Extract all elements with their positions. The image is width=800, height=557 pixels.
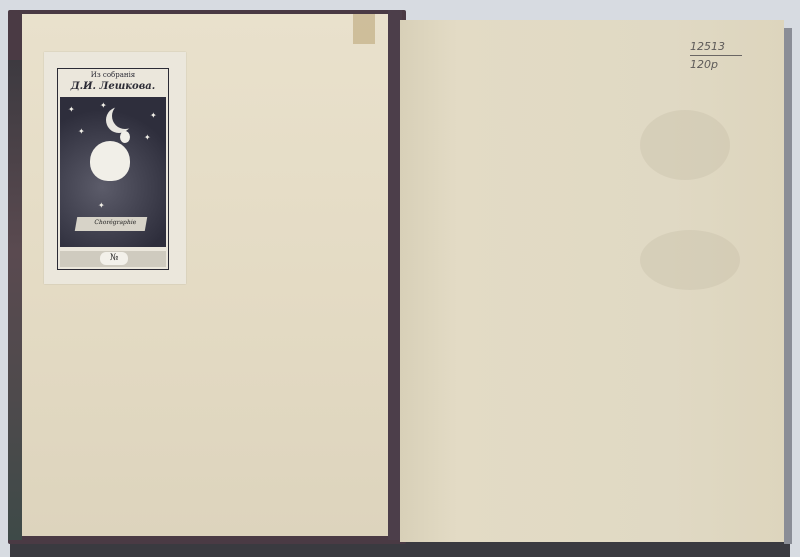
- star-icon: ✦: [144, 133, 151, 142]
- star-icon: ✦: [68, 105, 75, 114]
- old-tape-mark: [353, 14, 375, 44]
- book-title-label: Chorégraphie: [94, 219, 137, 226]
- handwritten-shelfmark: 12513 120р: [690, 40, 742, 71]
- page-block-edge: [784, 28, 792, 544]
- foxing-stain: [640, 110, 730, 180]
- bookplate-collection-text: Из собранія: [58, 71, 168, 79]
- spine-edge: [8, 60, 22, 540]
- bookplate-exlibris: Из собранія Д.И. Лешкова. ✦ ✦ ✦ ✦ ✦ ✦ Ch…: [44, 52, 186, 284]
- shelfmark-divider: [690, 55, 742, 56]
- flyleaf-page: [400, 20, 784, 542]
- ballerina-head: [120, 131, 130, 143]
- bookplate-illustration: ✦ ✦ ✦ ✦ ✦ ✦ Chorégraphie: [60, 97, 166, 247]
- crescent-moon-icon: [112, 103, 138, 129]
- bookplate-footer: №: [60, 251, 166, 267]
- bookplate-frame: Из собранія Д.И. Лешкова. ✦ ✦ ✦ ✦ ✦ ✦ Ch…: [57, 68, 169, 270]
- bookplate-number-field: №: [100, 252, 128, 265]
- foxing-stain: [640, 230, 740, 290]
- star-icon: ✦: [150, 111, 157, 120]
- bookplate-owner-name: Д.И. Лешкова.: [58, 81, 168, 92]
- star-icon: ✦: [98, 201, 105, 210]
- shelfmark-price: 120р: [690, 58, 718, 71]
- star-icon: ✦: [100, 101, 107, 110]
- illustrated-book: Chorégraphie: [75, 217, 147, 231]
- star-icon: ✦: [78, 127, 85, 136]
- ballerina-figure: [90, 141, 130, 181]
- shelfmark-number: 12513: [690, 40, 725, 53]
